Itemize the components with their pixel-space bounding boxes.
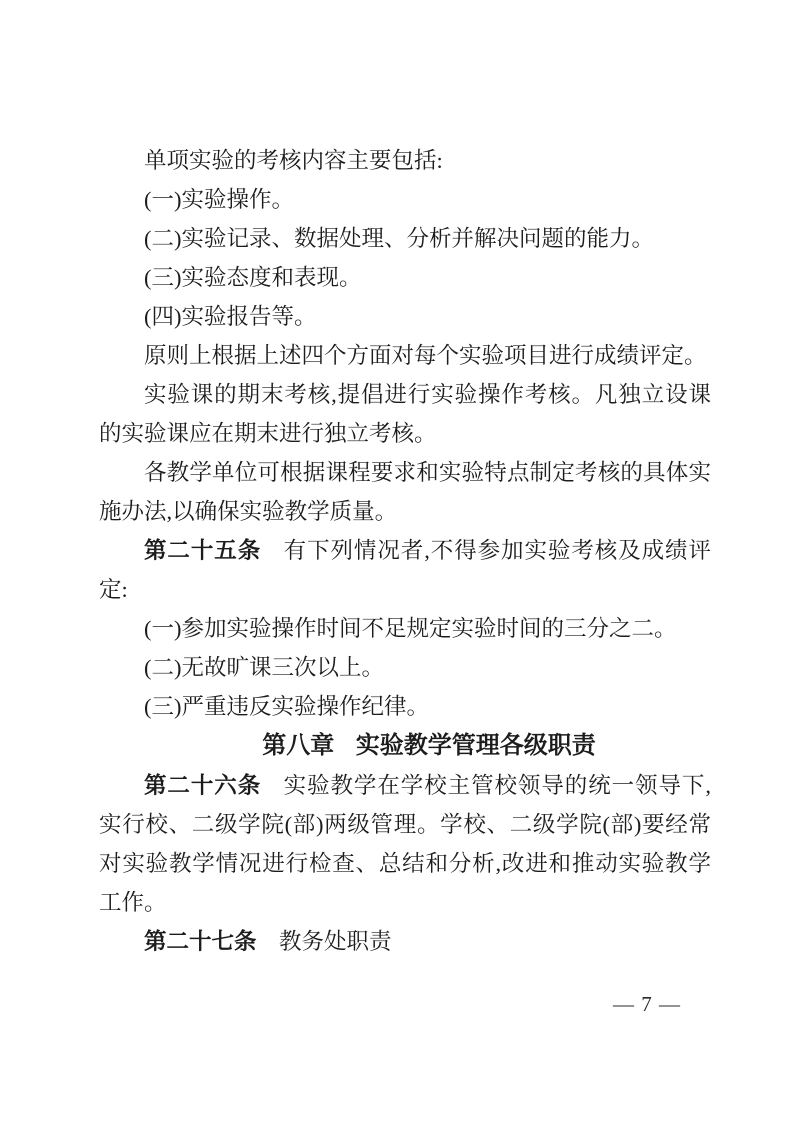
article-number: 第二十五条 <box>144 538 261 563</box>
paragraph-text: (二)实验记录、数据处理、分析并解决问题的能力。 <box>144 226 654 251</box>
paragraph: 单项实验的考核内容主要包括: <box>99 141 711 180</box>
list-item: (一)实验操作。 <box>99 180 711 219</box>
list-item: (一)参加实验操作时间不足规定实验时间的三分之二。 <box>99 609 711 648</box>
list-item: (二)实验记录、数据处理、分析并解决问题的能力。 <box>99 219 711 258</box>
list-item: (二)无故旷课三次以上。 <box>99 648 711 687</box>
paragraph: 原则上根据上述四个方面对每个实验项目进行成绩评定。 <box>99 336 711 375</box>
paragraph-text: 原则上根据上述四个方面对每个实验项目进行成绩评定。 <box>144 343 707 368</box>
article-paragraph: 第二十七条教务处职责 <box>99 922 711 961</box>
paragraph: 各教学单位可根据课程要求和实验特点制定考核的具体实施办法,以确保实验教学质量。 <box>99 453 711 531</box>
document-page: 单项实验的考核内容主要包括: (一)实验操作。 (二)实验记录、数据处理、分析并… <box>0 0 793 1122</box>
list-item: (三)严重违反实验操作纪律。 <box>99 687 711 726</box>
article-number: 第二十六条 <box>144 773 261 798</box>
paragraph-text: (一)参加实验操作时间不足规定实验时间的三分之二。 <box>144 616 677 641</box>
document-body: 单项实验的考核内容主要包括: (一)实验操作。 (二)实验记录、数据处理、分析并… <box>99 141 711 961</box>
page-number: — 7 — <box>613 992 681 1016</box>
paragraph-text: 教务处职责 <box>279 929 392 954</box>
article-paragraph: 第二十六条实验教学在学校主管校领导的统一领导下,实行校、二级学院(部)两级管理。… <box>99 766 711 922</box>
paragraph-text: (二)无故旷课三次以上。 <box>144 655 384 680</box>
paragraph: 实验课的期末考核,提倡进行实验操作考核。凡独立设课的实验课应在期末进行独立考核。 <box>99 375 711 453</box>
paragraph-text: (三)实验态度和表现。 <box>144 265 362 290</box>
paragraph-text: 各教学单位可根据课程要求和实验特点制定考核的具体实施办法,以确保实验教学质量。 <box>99 460 711 524</box>
chapter-number: 第八章 <box>262 732 334 759</box>
chapter-heading: 第八章实验教学管理各级职责 <box>99 726 711 766</box>
paragraph-text: (四)实验报告等。 <box>144 304 317 329</box>
article-number: 第二十七条 <box>144 929 257 954</box>
chapter-title: 实验教学管理各级职责 <box>356 732 596 759</box>
list-item: (四)实验报告等。 <box>99 297 711 336</box>
paragraph-text: 实验课的期末考核,提倡进行实验操作考核。凡独立设课的实验课应在期末进行独立考核。 <box>99 382 711 446</box>
article-paragraph: 第二十五条有下列情况者,不得参加实验考核及成绩评定: <box>99 531 711 609</box>
list-item: (三)实验态度和表现。 <box>99 258 711 297</box>
paragraph-text: (三)严重违反实验操作纪律。 <box>144 694 429 719</box>
paragraph-text: 单项实验的考核内容主要包括: <box>144 148 443 173</box>
paragraph-text: (一)实验操作。 <box>144 187 294 212</box>
